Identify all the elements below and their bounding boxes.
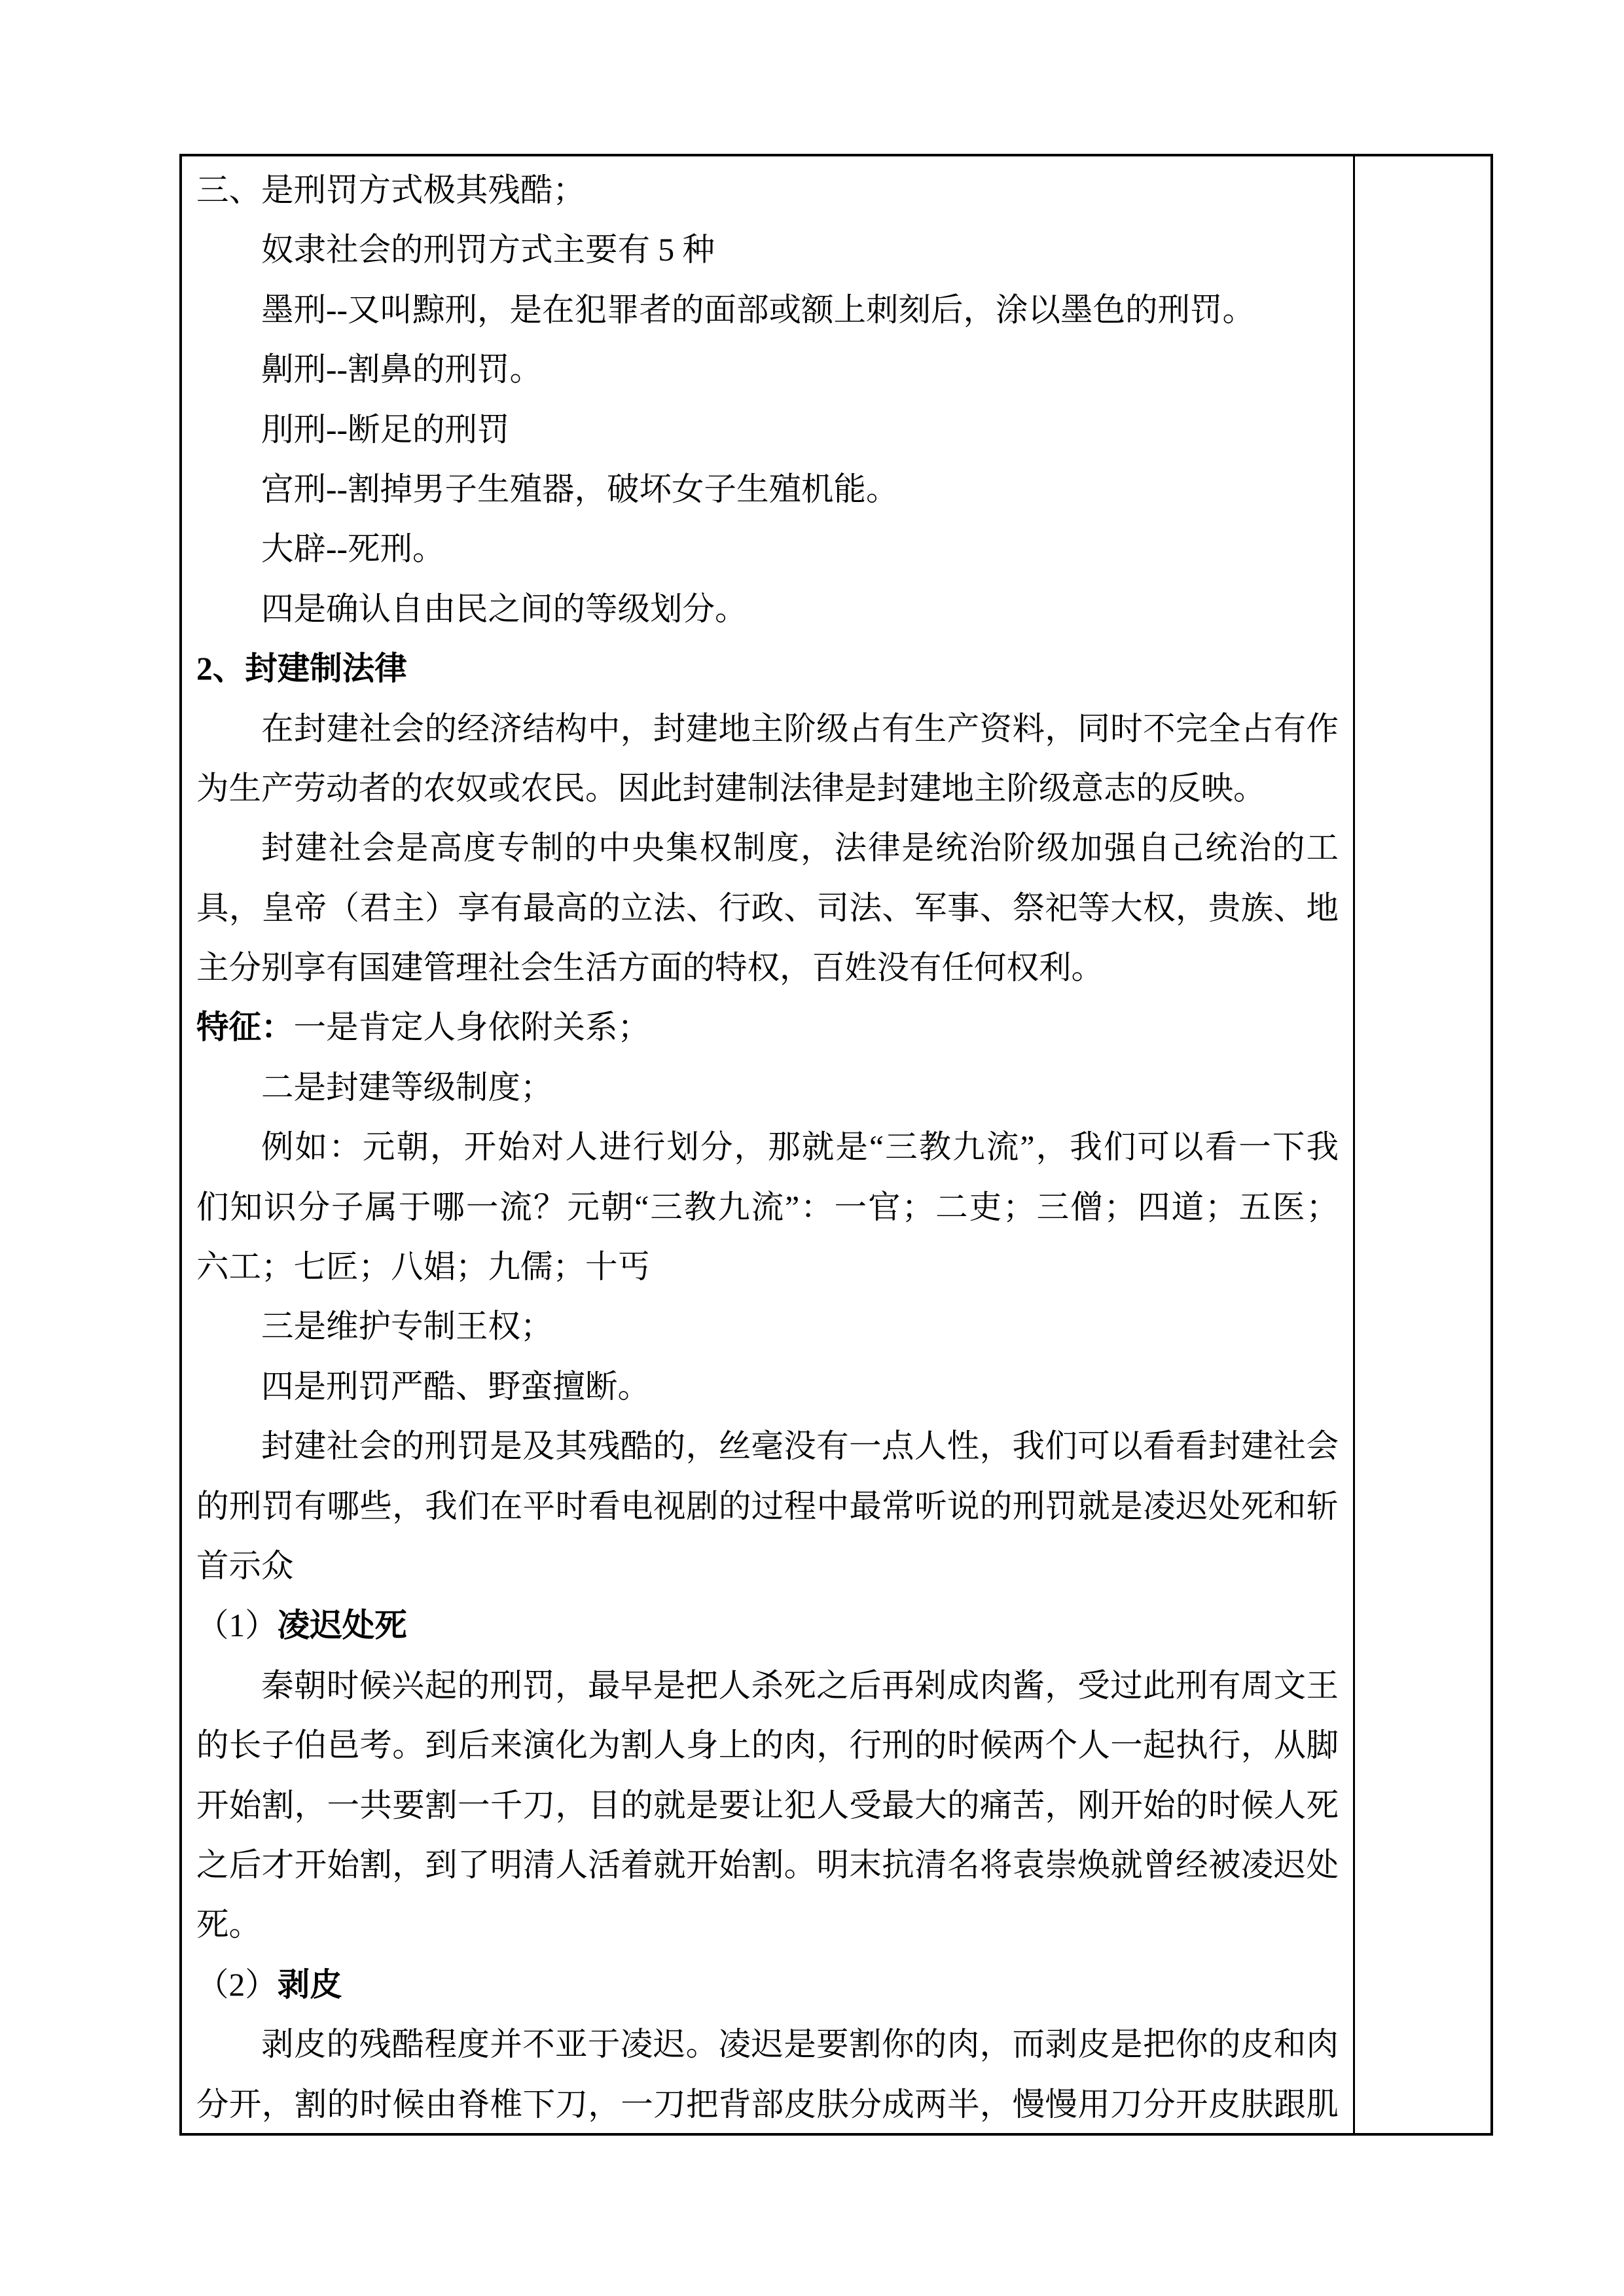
bold-text-run: 凌迟处死 — [278, 1607, 407, 1643]
text-run: 六工；七匠；八娼；九儒；十丐 — [196, 1249, 650, 1285]
text-run: 例如：元朝，开始对人进行划分，那就是“三教九流”，我们可以看一下我 — [261, 1129, 1339, 1165]
text-run: （2） — [196, 1967, 278, 2003]
text-run: 开始割，一共要割一千刀，目的就是要让犯人受最大的痛苦，刚开始的时候人死 — [196, 1787, 1339, 1823]
text-line: 主分别享有国建管理社会生活方面的特权，百姓没有任何权利。 — [196, 938, 1339, 997]
text-run: 的长子伯邑考。到后来演化为割人身上的肉，行刑的时候两个人一起执行，从脚 — [196, 1727, 1339, 1763]
text-line: 例如：元朝，开始对人进行划分，那就是“三教九流”，我们可以看一下我 — [196, 1117, 1339, 1177]
text-line: 劓刑--割鼻的刑罚。 — [196, 340, 1339, 399]
text-run: 为生产劳动者的农奴或农民。因此封建制法律是封建地主阶级意志的反映。 — [196, 770, 1266, 806]
text-line: 宫刑--割掉男子生殖器，破坏女子生殖机能。 — [196, 459, 1339, 519]
text-line: 的刑罚有哪些，我们在平时看电视剧的过程中最常听说的刑罚就是凌迟处死和斩 — [196, 1477, 1339, 1536]
text-run: 主分别享有国建管理社会生活方面的特权，百姓没有任何权利。 — [196, 950, 1104, 986]
text-run: 之后才开始割，到了明清人活着就开始割。明末抗清名将袁崇焕就曾经被凌迟处 — [196, 1847, 1339, 1883]
text-run: 三是维护专制王权； — [261, 1308, 553, 1344]
side-cell — [1355, 156, 1490, 2133]
text-run: 刖刑--断足的刑罚 — [261, 412, 509, 448]
text-run: 秦朝时候兴起的刑罚，最早是把人杀死之后再剁成肉酱，受过此刑有周文王 — [261, 1668, 1339, 1704]
text-run: 奴隶社会的刑罚方式主要有 5 种 — [261, 232, 715, 268]
text-line: 之后才开始割，到了明清人活着就开始割。明末抗清名将袁崇焕就曾经被凌迟处 — [196, 1835, 1339, 1895]
text-line: 在封建社会的经济结构中，封建地主阶级占有生产资料，同时不完全占有作 — [196, 699, 1339, 759]
text-line: 封建社会是高度专制的中央集权制度，法律是统治阶级加强自己统治的工 — [196, 818, 1339, 878]
text-line: 刖刑--断足的刑罚 — [196, 400, 1339, 459]
main-cell: 三、是刑罚方式极其残酷；奴隶社会的刑罚方式主要有 5 种墨刑--又叫黥刑，是在犯… — [182, 156, 1355, 2133]
text-run: 剥皮的残酷程度并不亚于凌迟。凌迟是要割你的肉，而剥皮是把你的皮和肉 — [261, 2026, 1339, 2062]
heading-line: 2、封建制法律 — [196, 639, 1339, 698]
text-run: 大辟--死刑。 — [261, 531, 444, 567]
text-run: 三、是刑罚方式极其残酷； — [196, 172, 585, 208]
text-line: 三是维护专制王权； — [196, 1297, 1339, 1356]
text-run: 死。 — [196, 1907, 261, 1943]
text-run: 四是刑罚严酷、野蛮擅断。 — [261, 1369, 650, 1405]
text-run: 的刑罚有哪些，我们在平时看电视剧的过程中最常听说的刑罚就是凌迟处死和斩 — [196, 1488, 1339, 1524]
text-line: 们知识分子属于哪一流？元朝“三教九流”：一官；二吏；三僧；四道；五医； — [196, 1177, 1339, 1237]
text-run: （1） — [196, 1607, 278, 1643]
text-line: 三、是刑罚方式极其残酷； — [196, 160, 1339, 220]
text-line: 封建社会的刑罚是及其残酷的，丝毫没有一点人性，我们可以看看封建社会 — [196, 1416, 1339, 1476]
content-table: 三、是刑罚方式极其残酷；奴隶社会的刑罚方式主要有 5 种墨刑--又叫黥刑，是在犯… — [179, 154, 1493, 2136]
text-line: 开始割，一共要割一千刀，目的就是要让犯人受最大的痛苦，刚开始的时候人死 — [196, 1776, 1339, 1835]
text-line: 四是确认自由民之间的等级划分。 — [196, 579, 1339, 639]
bold-text-run: 剥皮 — [278, 1967, 342, 2003]
text-line: 死。 — [196, 1895, 1339, 1954]
text-run: 首示众 — [196, 1548, 294, 1584]
text-run: 墨刑--又叫黥刑，是在犯罪者的面部或额上刺刻后，涂以墨色的刑罚。 — [261, 292, 1255, 328]
bold-text-run: 特征： — [196, 1009, 294, 1045]
text-line: 奴隶社会的刑罚方式主要有 5 种 — [196, 220, 1339, 279]
text-run: 一是肯定人身依附关系； — [294, 1009, 651, 1045]
text-run: 封建社会的刑罚是及其残酷的，丝毫没有一点人性，我们可以看看封建社会 — [261, 1428, 1339, 1464]
text-run: 封建社会是高度专制的中央集权制度，法律是统治阶级加强自己统治的工 — [261, 830, 1339, 866]
text-run: 具，皇帝（君主）享有最高的立法、行政、司法、军事、祭祀等大权，贵族、地 — [196, 890, 1339, 926]
text-line: 剥皮的残酷程度并不亚于凌迟。凌迟是要割你的肉，而剥皮是把你的皮和肉 — [196, 2015, 1339, 2074]
text-line: 秦朝时候兴起的刑罚，最早是把人杀死之后再剁成肉酱，受过此刑有周文王 — [196, 1656, 1339, 1715]
text-line: 六工；七匠；八娼；九儒；十丐 — [196, 1237, 1339, 1297]
text-line: 的长子伯邑考。到后来演化为割人身上的肉，行刑的时候两个人一起执行，从脚 — [196, 1715, 1339, 1775]
text-line: 四是刑罚严酷、野蛮擅断。 — [196, 1357, 1339, 1416]
text-line: 首示众 — [196, 1536, 1339, 1596]
text-run: 劓刑--割鼻的刑罚。 — [261, 351, 542, 387]
text-run: 们知识分子属于哪一流？元朝“三教九流”：一官；二吏；三僧；四道；五医； — [196, 1189, 1339, 1225]
text-line: 分开，割的时候由脊椎下刀，一刀把背部皮肤分成两半，慢慢用刀分开皮肤跟肌 — [196, 2075, 1339, 2134]
text-run: 在封建社会的经济结构中，封建地主阶级占有生产资料，同时不完全占有作 — [261, 711, 1339, 747]
text-line: 二是封建等级制度； — [196, 1058, 1339, 1117]
text-run: 分开，割的时候由脊椎下刀，一刀把背部皮肤分成两半，慢慢用刀分开皮肤跟肌 — [196, 2087, 1339, 2123]
text-line: 大辟--死刑。 — [196, 519, 1339, 579]
text-line: 墨刑--又叫黥刑，是在犯罪者的面部或额上刺刻后，涂以墨色的刑罚。 — [196, 280, 1339, 340]
heading-line: （1）凌迟处死 — [196, 1596, 1339, 1655]
text-line: 为生产劳动者的农奴或农民。因此封建制法律是封建地主阶级意志的反映。 — [196, 759, 1339, 818]
document-page: { "page": { "width_px": 2481, "height_px… — [0, 0, 1624, 2296]
bold-text-run: 2、封建制法律 — [196, 651, 407, 687]
text-line: 特征：一是肯定人身依附关系； — [196, 997, 1339, 1057]
text-run: 宫刑--割掉男子生殖器，破坏女子生殖机能。 — [261, 471, 898, 507]
text-run: 四是确认自由民之间的等级划分。 — [261, 591, 748, 627]
text-line: 具，皇帝（君主）享有最高的立法、行政、司法、军事、祭祀等大权，贵族、地 — [196, 878, 1339, 938]
heading-line: （2）剥皮 — [196, 1955, 1339, 2015]
text-run: 二是封建等级制度； — [261, 1069, 553, 1105]
